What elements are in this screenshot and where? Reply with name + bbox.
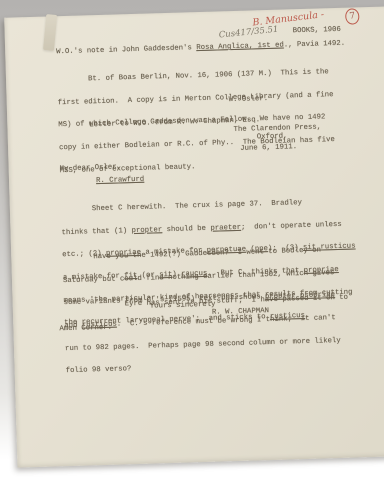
typed-line: first edition. A copy is in Merton Colle… <box>58 92 334 108</box>
typed-header-books-1906: BOOKS, 1906 <box>293 27 341 36</box>
typed-line: Sheet C herewith. The crux is page 37. B… <box>61 199 355 215</box>
letter-subject-heading: R. Crawfurd <box>93 177 147 186</box>
typed-line: Amen Corner. <box>59 317 348 333</box>
letter-page: B. Manuscula - 7 Cus417/35.51 BOOKS, 190… <box>4 6 384 468</box>
typed-line: Bt. of Boas Berlin, Nov. 16, 1906 (137 M… <box>57 69 333 85</box>
text-run: Amen Corner. <box>59 323 112 333</box>
underlined-text: Rosa Anglica, 1st ed <box>196 42 284 53</box>
text-run: ; don't operate unless <box>241 221 342 232</box>
circled-number-annotation: 7 <box>345 8 361 25</box>
underlined-text: propter <box>131 226 162 235</box>
letter-paragraph-3: Eyre has sent in his stuff; I have passe… <box>58 280 349 349</box>
letter-address-line2: Oxford, <box>257 133 288 141</box>
text-run: ., Pavia 1492. <box>284 40 346 50</box>
text-run: Sheet C herewith. The crux is page 37. B… <box>92 199 302 213</box>
text-run: W.O.'s note in John Gaddesden's <box>56 44 196 56</box>
pencil-reference-number: Cus417/35.51 <box>218 25 278 41</box>
text-run: thinks that (1) <box>61 227 131 237</box>
typed-line: Have you the 1492(?) Gaddesden? I went t… <box>62 247 338 263</box>
typed-line: folio 98 verso? <box>66 360 342 376</box>
text-run: folio 98 verso? <box>66 365 132 375</box>
text-run: should be <box>162 225 210 234</box>
paper-fold-mark <box>43 14 57 51</box>
note-signature: W. Osler. <box>229 96 269 105</box>
scan-background: { "palette":{"paper":"#e6e1d2","ink":"#6… <box>0 0 384 479</box>
underlined-text: praeter <box>210 224 241 233</box>
text-run: Have you the 1492(?) Gaddesden? I went t… <box>93 247 321 262</box>
